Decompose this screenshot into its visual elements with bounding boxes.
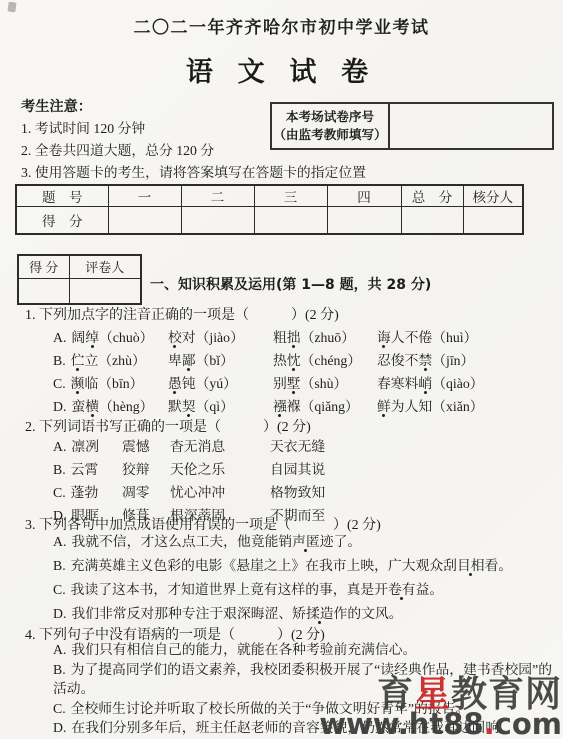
option-row: C.蓬勃 凋零 忧心冲冲 格物致知 [53, 479, 325, 502]
grader-score-label: 得 分 [18, 255, 69, 278]
option-label: D. [53, 606, 66, 621]
option-label: B. [53, 353, 66, 368]
option-label: A. [53, 330, 66, 345]
option-row: D.我们非常反对那种专注于艰深晦涩、矫揉造作的文风。 [53, 602, 558, 626]
pinyin-word: 卑鄙（bǐ） [168, 349, 273, 369]
exam-serial-number-box: 本考场试卷序号 （由监考教师填写） [270, 102, 554, 150]
pinyin-word: 春寒料峭（qiào） [377, 372, 484, 392]
option-row: C.濒临（bīn） 愚钝（yú） 别墅（shù） 春寒料峭（qiào） [53, 370, 484, 393]
score-table-header-cell: 题 号 [16, 185, 108, 207]
score-table-value-cell [401, 207, 463, 234]
option-label: A. [53, 534, 66, 549]
option-row: A.我就不信，才这么点工夫，他竟能销声匿迹了。 [53, 530, 558, 554]
vocab-word: 凛冽 [71, 439, 99, 454]
vocab-word: 凋零 [122, 481, 170, 501]
vocab-word: 蓬勃 [71, 485, 99, 500]
exam-paper-page: 二〇二一年齐齐哈尔市初中学业考试 语 文 试 卷 考生注意： 1. 考试时间 1… [0, 0, 563, 739]
watermark-url: www.ht88.com [319, 710, 562, 739]
option-label: A. [53, 642, 66, 657]
vocab-word: 天衣无缝 [270, 435, 325, 455]
grader-examiner-cell [69, 278, 141, 304]
vocab-word: 震憾 [122, 435, 170, 455]
score-summary-table: 题 号 一 二 三 四 总 分 核分人 得 分 [15, 184, 524, 235]
option-label: D. [53, 720, 66, 735]
score-table-row-label: 得 分 [16, 207, 108, 234]
option-label: C. [53, 485, 66, 500]
pinyin-word: 默契（qì） [168, 395, 273, 415]
pinyin-word: 热忱（chéng） [273, 349, 377, 369]
serial-box-value-cell [390, 104, 552, 148]
serial-box-label: 本考场试卷序号 （由监考教师填写） [272, 104, 390, 148]
score-table-header-cell: 三 [254, 185, 327, 207]
option-cell: C.蓬勃 [53, 481, 122, 501]
option-row: A.我们只有相信自己的能力，就能在各种考验前充满信心。 [53, 640, 555, 660]
option-row: A.阔绰（chuò） 校对（jiào） 粗拙（zhuō） 诲人不倦（huì） [53, 324, 484, 347]
option-row: A.凛冽 震憾 杳无消息 天衣无缝 [53, 433, 325, 456]
paper-title: 语 文 试 卷 [0, 50, 563, 89]
score-table-value-row: 得 分 [16, 207, 523, 234]
question-2-options: A.凛冽 震憾 杳无消息 天衣无缝 B.云霄 狡辩 天伦之乐 自园其说 C.蓬勃… [53, 433, 325, 525]
pinyin-word: 伫立（zhù） [71, 353, 146, 372]
score-table-value-cell [463, 207, 523, 234]
watermark-url-dot: . [484, 707, 495, 739]
watermark-url-post: com [495, 707, 562, 739]
option-label: B. [53, 462, 66, 477]
option-text: 充满英雄主义色彩的电影《悬崖之上》在我市上映，广大观众刮目相看。 [71, 558, 513, 577]
vocab-word: 自园其说 [270, 458, 325, 478]
grader-examiner-label: 评卷人 [69, 255, 141, 278]
section-one-heading: 一、知识积累及运用(第 1—8 题，共 28 分) [150, 274, 431, 294]
grader-score-cell [18, 278, 69, 304]
score-table-header-cell: 一 [108, 185, 181, 207]
pinyin-word: 忍俊不禁（jīn） [377, 349, 484, 369]
option-cell: C.濒临（bīn） [53, 372, 168, 392]
pinyin-word: 别墅（shù） [273, 372, 377, 392]
option-text: 我们非常反对那种专注于艰深晦涩、矫揉造作的文风。 [71, 606, 402, 625]
option-text: 我读了这本书，才知道世界上竟有这样的事，真是开卷有益。 [71, 582, 444, 601]
score-table-value-cell [181, 207, 254, 234]
watermark-url-pre: www.ht88 [319, 707, 483, 739]
pinyin-word: 襁褓（qiǎng） [273, 395, 377, 415]
serial-box-label-line2: （由监考教师填写） [273, 126, 386, 144]
option-cell: A.凛冽 [53, 435, 122, 455]
scan-artifact-mark [7, 1, 16, 12]
option-cell: A.阔绰（chuò） [53, 326, 168, 346]
option-label: C. [53, 376, 66, 391]
grader-box-header-row: 得 分 评卷人 [18, 255, 141, 278]
score-table-value-cell [108, 207, 181, 234]
pinyin-word: 鲜为人知（xiǎn） [377, 395, 484, 415]
option-row: B.伫立（zhù） 卑鄙（bǐ） 热忱（chéng） 忍俊不禁（jīn） [53, 347, 484, 370]
vocab-word: 杳无消息 [170, 435, 270, 455]
vocab-word: 忧心冲冲 [170, 481, 270, 501]
option-cell: B.云霄 [53, 458, 122, 478]
question-1-options: A.阔绰（chuò） 校对（jiào） 粗拙（zhuō） 诲人不倦（huì） B… [53, 324, 484, 416]
option-cell: D.蛮横（hèng） [53, 395, 168, 415]
option-row: B.充满英雄主义色彩的电影《悬崖之上》在我市上映，广大观众刮目相看。 [53, 554, 558, 578]
option-row: C.我读了这本书，才知道世界上竟有这样的事，真是开卷有益。 [53, 578, 558, 602]
grader-score-box: 得 分 评卷人 [17, 254, 142, 305]
pinyin-word: 校对（jiào） [168, 326, 273, 346]
score-table-value-cell [327, 207, 401, 234]
question-1-stem: 1. 下列加点字的注音正确的一项是（ ）(2 分) [25, 304, 339, 324]
vocab-word: 天伦之乐 [170, 458, 270, 478]
pinyin-word: 愚钝（yú） [168, 372, 273, 392]
notice-item: 3. 使用答题卡的考生，请将答案填写在答题卡的指定位置 [21, 162, 366, 184]
pinyin-word: 濒临（bīn） [71, 376, 144, 395]
score-table-header-cell: 核分人 [463, 185, 523, 207]
question-3-options: A.我就不信，才这么点工夫，他竟能销声匿迹了。 B.充满英雄主义色彩的电影《悬崖… [53, 530, 558, 626]
option-label: D. [53, 399, 66, 414]
serial-box-label-line1: 本考场试卷序号 [286, 108, 374, 126]
pinyin-word: 阔绰（chuò） [71, 330, 153, 349]
exam-title: 二〇二一年齐齐哈尔市初中学业考试 [0, 13, 563, 38]
score-table-header-row: 题 号 一 二 三 四 总 分 核分人 [16, 185, 523, 207]
option-row: D.蛮横（hèng） 默契（qì） 襁褓（qiǎng） 鲜为人知（xiǎn） [53, 393, 484, 416]
option-label: B. [53, 662, 66, 677]
score-table-header-cell: 总 分 [401, 185, 463, 207]
watermark: 育星教育网 www.ht88.com [319, 677, 562, 739]
option-cell: B.伫立（zhù） [53, 349, 168, 369]
pinyin-word: 诲人不倦（huì） [377, 326, 484, 346]
option-label: C. [53, 701, 66, 716]
option-text: 我们只有相信自己的能力，就能在各种考验前充满信心。 [71, 642, 416, 657]
vocab-word: 云霄 [71, 462, 99, 477]
score-table-header-cell: 四 [327, 185, 401, 207]
pinyin-word: 粗拙（zhuō） [273, 326, 377, 346]
score-table-value-cell [254, 207, 327, 234]
option-row: B.云霄 狡辩 天伦之乐 自园其说 [53, 456, 325, 479]
score-table-header-cell: 二 [181, 185, 254, 207]
grader-box-value-row [18, 278, 141, 304]
option-label: C. [53, 582, 66, 597]
vocab-word: 狡辩 [122, 458, 170, 478]
pinyin-word: 蛮横（hèng） [71, 399, 153, 418]
option-label: A. [53, 439, 66, 454]
vocab-word: 格物致知 [270, 481, 325, 501]
option-label: B. [53, 558, 66, 573]
option-text: 我就不信，才这么点工夫，他竟能销声匿迹了。 [71, 534, 361, 553]
